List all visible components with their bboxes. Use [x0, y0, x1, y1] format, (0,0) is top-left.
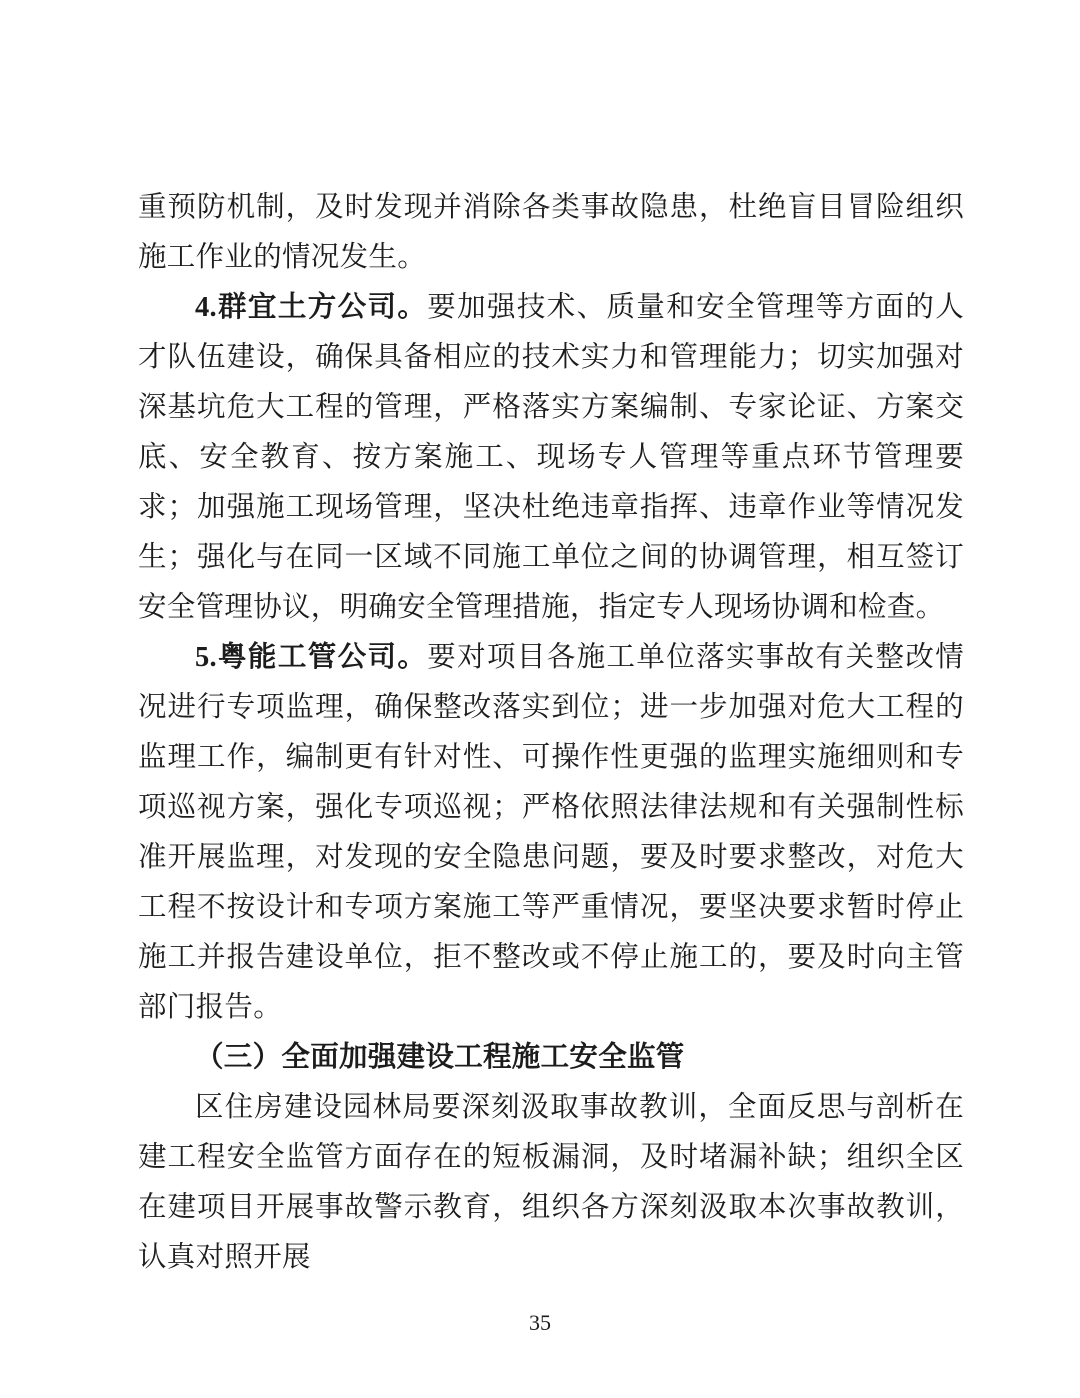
section-heading: （三）全面加强建设工程施工安全监管 — [138, 1033, 964, 1083]
paragraph-text: 要加强技术、质量和安全管理等方面的人才队伍建设，确保具备相应的技术实力和管理能力… — [138, 292, 964, 623]
paragraph-text: 区住房建设园林局要深刻汲取事故教训，全面反思与剖析在建工程安全监管方面存在的短板… — [138, 1092, 964, 1273]
paragraph-item-4: 4.群宜土方公司。要加强技术、质量和安全管理等方面的人才队伍建设，确保具备相应的… — [138, 283, 964, 633]
paragraph-final: 区住房建设园林局要深刻汲取事故教训，全面反思与剖析在建工程安全监管方面存在的短板… — [138, 1083, 964, 1283]
paragraph-text: 重预防机制，及时发现并消除各类事故隐患，杜绝盲目冒险组织施工作业的情况发生。 — [138, 192, 964, 273]
page-number: 35 — [529, 1310, 551, 1335]
section-heading-text: （三）全面加强建设工程施工安全监管 — [195, 1042, 685, 1073]
page-footer: 35 — [0, 1308, 1080, 1338]
paragraph-lead-company: 5.粤能工管公司。 — [195, 642, 427, 673]
paragraph-text: 要对项目各施工单位落实事故有关整改情况进行专项监理，确保整改落实到位；进一步加强… — [138, 642, 964, 1023]
paragraph-lead-company: 4.群宜土方公司。 — [195, 292, 427, 323]
document-body: 重预防机制，及时发现并消除各类事故隐患，杜绝盲目冒险组织施工作业的情况发生。 4… — [138, 183, 964, 1283]
paragraph-item-5: 5.粤能工管公司。要对项目各施工单位落实事故有关整改情况进行专项监理，确保整改落… — [138, 633, 964, 1033]
paragraph-continuation: 重预防机制，及时发现并消除各类事故隐患，杜绝盲目冒险组织施工作业的情况发生。 — [138, 183, 964, 283]
document-page: 重预防机制，及时发现并消除各类事故隐患，杜绝盲目冒险组织施工作业的情况发生。 4… — [0, 0, 1080, 1398]
